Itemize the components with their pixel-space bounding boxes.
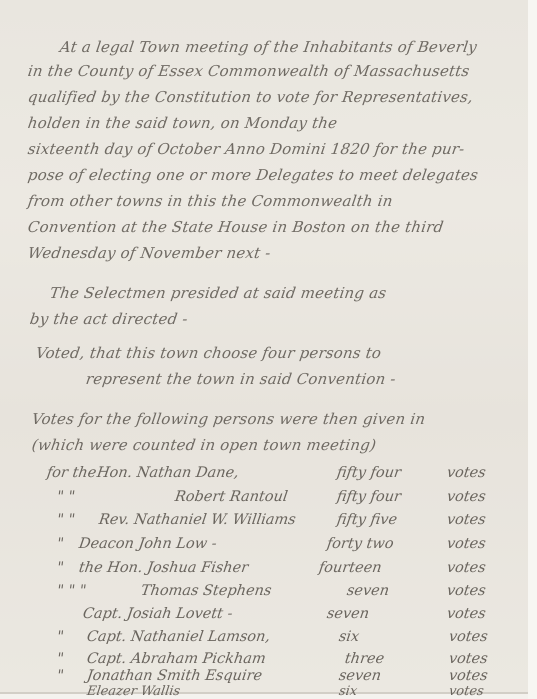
vote-count: seven (346, 583, 390, 599)
vote-count: fifty four (336, 465, 402, 481)
vote-unit: votes (448, 651, 489, 667)
candidate-name: Robert Rantoul (174, 489, 289, 505)
vote-count: six (338, 684, 358, 699)
vote-prefix: " (56, 560, 65, 576)
text-line: qualified by the Constitution to vote fo… (27, 88, 475, 106)
candidate-name: Capt. Nathaniel Lamson, (86, 629, 271, 645)
vote-unit: votes (446, 465, 487, 481)
vote-prefix: " (56, 629, 65, 645)
candidate-name: Capt. Abraham Pickham (86, 651, 267, 667)
vote-unit: votes (446, 583, 487, 599)
manuscript-page: At a legal Town meeting of the Inhabitan… (0, 0, 530, 694)
vote-unit: votes (446, 606, 487, 622)
candidate-name: the Hon. Joshua Fisher (78, 560, 249, 576)
text-line: At a legal Town meeting of the Inhabitan… (59, 38, 478, 56)
text-line: Votes for the following persons were the… (31, 410, 427, 428)
text-line: holden in the said town, on Monday the (27, 114, 339, 132)
vote-count: fifty five (336, 512, 398, 528)
text-line: sixteenth day of October Anno Domini 182… (27, 140, 466, 158)
vote-count: seven (338, 668, 382, 684)
text-line: from other towns in this the Commonwealt… (27, 192, 394, 210)
text-line: The Selectmen presided at said meeting a… (49, 284, 388, 302)
candidate-name: Deacon John Low - (78, 536, 218, 552)
vote-count: fifty four (336, 489, 402, 505)
vote-count: fourteen (318, 560, 383, 576)
vote-prefix: for the (46, 465, 98, 481)
candidate-name: Capt. Josiah Lovett - (82, 606, 234, 622)
vote-count: three (344, 651, 386, 667)
vote-unit: votes (446, 512, 487, 528)
vote-count: six (338, 629, 361, 645)
candidate-name: Jonathan Smith Esquire (86, 668, 263, 684)
text-line: Wednesday of November next - (27, 244, 272, 262)
vote-unit: votes (446, 489, 487, 505)
text-line: Convention at the State House in Boston … (27, 218, 445, 236)
vote-unit: votes (448, 684, 485, 699)
vote-unit: votes (448, 629, 489, 645)
vote-prefix: " (56, 536, 65, 552)
text-line: pose of electing one or more Delegates t… (27, 166, 480, 184)
text-line: in the County of Essex Commonwealth of M… (27, 62, 471, 80)
candidate-name: Hon. Nathan Dane, (96, 465, 240, 481)
text-line: by the act directed - (29, 310, 189, 328)
vote-prefix: " " (56, 489, 76, 505)
scan-right-margin (528, 0, 537, 699)
candidate-name: Eleazer Wallis (86, 684, 181, 699)
vote-prefix: " " (56, 512, 76, 528)
text-line: Voted, that this town choose four person… (35, 344, 383, 362)
vote-count: forty two (326, 536, 395, 552)
text-line: (which were counted in open town meeting… (31, 436, 378, 454)
vote-count: seven (326, 606, 370, 622)
candidate-name: Thomas Stephens (140, 583, 273, 599)
vote-unit: votes (446, 560, 487, 576)
vote-prefix: " " " (56, 583, 87, 599)
vote-prefix: " (56, 668, 65, 684)
candidate-name: Rev. Nathaniel W. Williams (98, 512, 297, 528)
text-line: represent the town in said Convention - (85, 370, 397, 388)
vote-unit: votes (448, 668, 489, 684)
vote-unit: votes (446, 536, 487, 552)
vote-prefix: " (56, 651, 65, 667)
